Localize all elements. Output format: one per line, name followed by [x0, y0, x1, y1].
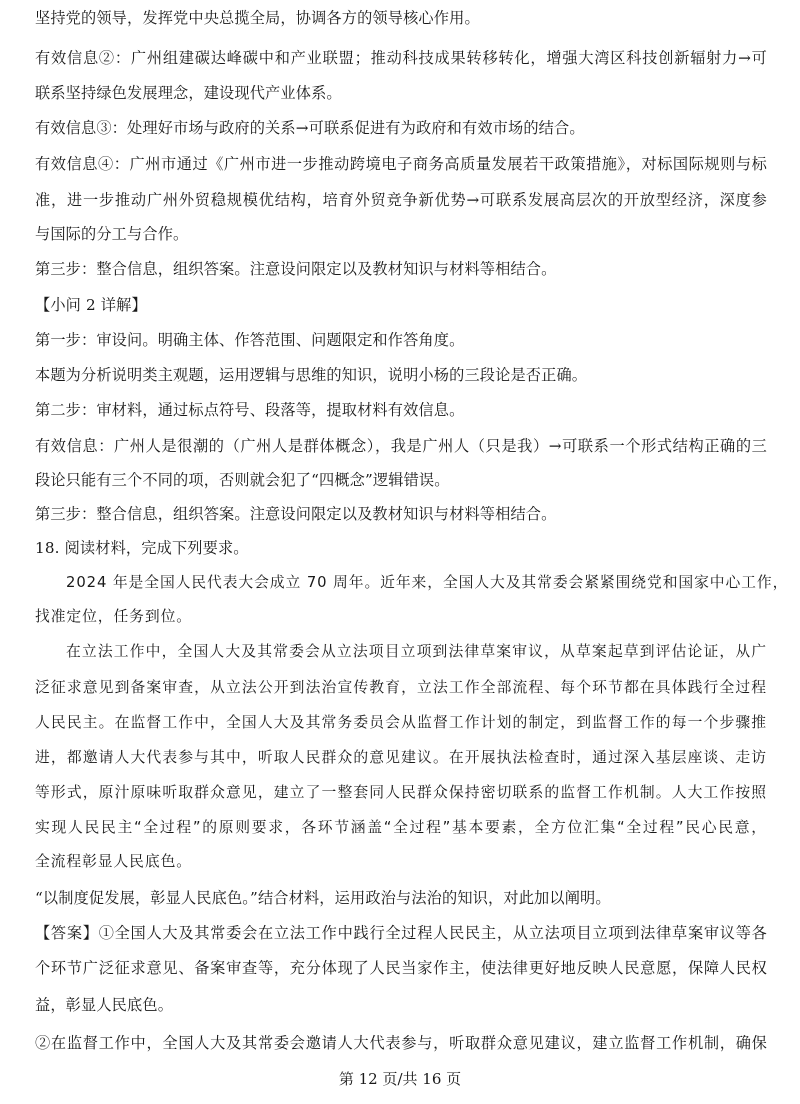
answer-line: 益，彰显人民底色。 [35, 995, 767, 1015]
text-line: 有效信息：广州人是很潮的（广州人是群体概念），我是广州人（只是我）→可联系一个形… [35, 436, 767, 456]
material-line: 全流程彰显人民底色。 [35, 852, 767, 872]
text-line: 第一步：审设问。明确主体、作答范围、问题限定和作答角度。 [35, 330, 767, 350]
text-line: 本题为分析说明类主观题，运用逻辑与思维的知识，说明小杨的三段论是否正确。 [35, 365, 767, 385]
text-line: 【小问 2 详解】 [35, 295, 767, 315]
answer-line: “以制度促发展，彰显人民底色。”结合材料，运用政治与法治的知识，对此加以阐明。 [35, 888, 767, 908]
text-line: 有效信息③：处理好市场与政府的关系→可联系促进有为政府和有效市场的结合。 [35, 118, 767, 138]
answer-line: ②在监督工作中，全国人大及其常委会邀请人大代表参与，听取群众意见建议，建立监督工… [35, 1033, 767, 1053]
material-line: 进，都邀请人大代表参与其中，听取人民群众的意见建议。在开展执法检查时，通过深入基… [35, 748, 767, 768]
text-line: 18. 阅读材料，完成下列要求。 [35, 538, 767, 558]
answer-line: 个环节广泛征求意见、备案审查等，充分体现了人民当家作主，使法律更好地反映人民意愿… [35, 958, 767, 978]
material-line: 泛征求意见到备案审查，从立法公开到法治宣传教育，立法工作全部流程、每个环节都在具… [35, 678, 767, 698]
page-footer: 第 12 页/共 16 页 [0, 1069, 800, 1089]
text-line: 第三步：整合信息，组织答案。注意设问限定以及教材知识与材料等相结合。 [35, 504, 767, 524]
material-line: 等形式，原汁原味听取群众意见，建立了一整套同人民群众保持密切联系的监督工作机制。… [35, 783, 767, 803]
answer-line: 【答案】①全国人大及其常委会在立法工作中践行全过程人民民主，从立法项目立项到法律… [35, 923, 767, 943]
text-line: 坚持党的领导，发挥党中央总揽全局，协调各方的领导核心作用。 [35, 8, 767, 28]
text-line: 有效信息④：广州市通过《广州市进一步推动跨境电子商务高质量发展若干政策措施》，对… [35, 154, 767, 174]
text-line: 段论只能有三个不同的项，否则就会犯了“四概念”逻辑错误。 [35, 470, 767, 490]
material-line: 2024 年是全国人民代表大会成立 70 周年。近年来，全国人大及其常委会紧紧围… [66, 573, 767, 593]
text-line: 准，进一步推动广州外贸稳规模优结构，培育外贸竞争新优势→可联系发展高层次的开放型… [35, 190, 767, 210]
material-line: 实现人民民主“全过程”的原则要求，各环节涵盖“全过程”基本要素，全方位汇集“全过… [35, 818, 767, 838]
material-line: 找准定位，任务到位。 [35, 607, 767, 627]
text-line: 联系坚持绿色发展理念，建设现代产业体系。 [35, 83, 767, 103]
material-line: 在立法工作中，全国人大及其常委会从立法项目立项到法律草案审议，从草案起草到评估论… [66, 642, 767, 662]
material-line: 人民民主。在监督工作中，全国人大及其常务委员会从监督工作计划的制定，到监督工作的… [35, 713, 767, 733]
text-line: 第二步：审材料，通过标点符号、段落等，提取材料有效信息。 [35, 400, 767, 420]
text-line: 与国际的分工与合作。 [35, 224, 767, 244]
text-line: 第三步：整合信息，组织答案。注意设问限定以及教材知识与材料等相结合。 [35, 259, 767, 279]
text-line: 有效信息②：广州组建碳达峰碳中和产业联盟；推动科技成果转移转化，增强大湾区科技创… [35, 48, 767, 68]
